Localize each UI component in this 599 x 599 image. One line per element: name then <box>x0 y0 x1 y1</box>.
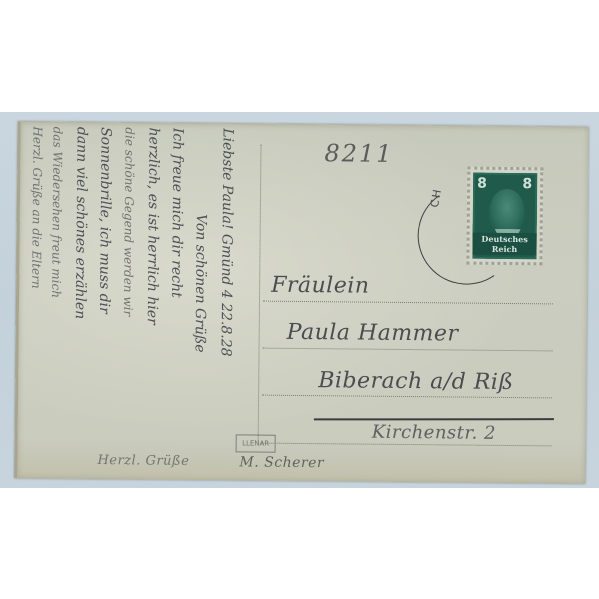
postage-stamp: 8 8 Deutsches Reich <box>466 167 543 266</box>
address-line <box>263 301 553 305</box>
city-underline <box>314 418 554 420</box>
stamp-value-right: 8 <box>522 176 532 192</box>
message-column-date: Liebste Paula! Gmünd 4 22.8.28 <box>213 128 238 478</box>
message-column: die schöne Gegend werden wir <box>115 127 140 477</box>
message-column: Sonnenbrille, ich muss dir <box>91 127 116 477</box>
pencil-number: 8211 <box>324 139 393 168</box>
message-column: Von schönen Grüße <box>186 214 211 484</box>
address-name: Paula Hammer <box>287 320 459 347</box>
message-column: Ich freue mich dir recht <box>163 128 188 478</box>
address-line <box>262 443 552 447</box>
divider-line <box>258 145 262 445</box>
address-street: Kirchenstr. 2 <box>372 422 496 444</box>
address-city: Biberach a/d Riß <box>318 368 514 395</box>
address-line <box>262 395 552 399</box>
stamp-value-left: 8 <box>477 176 487 192</box>
portrait-icon <box>489 189 525 235</box>
greeting-line: Herzl. Grüße <box>97 453 189 469</box>
signature: M. Scherer <box>239 454 324 471</box>
message-column: dann viel schönes erzählen <box>67 127 92 477</box>
message-column: herzlich, es ist herrlich hier <box>139 127 164 477</box>
stamp-face: 8 8 Deutsches Reich <box>472 173 537 260</box>
postcard: Herzl. Grüße an die Eltern das Wiederseh… <box>14 121 588 483</box>
address-line1: Fräulein <box>271 273 370 299</box>
message-column: das Wiedersehen freut mich <box>43 127 68 477</box>
stamp-country: Deutsches Reich <box>472 233 536 256</box>
address-line <box>263 348 553 352</box>
